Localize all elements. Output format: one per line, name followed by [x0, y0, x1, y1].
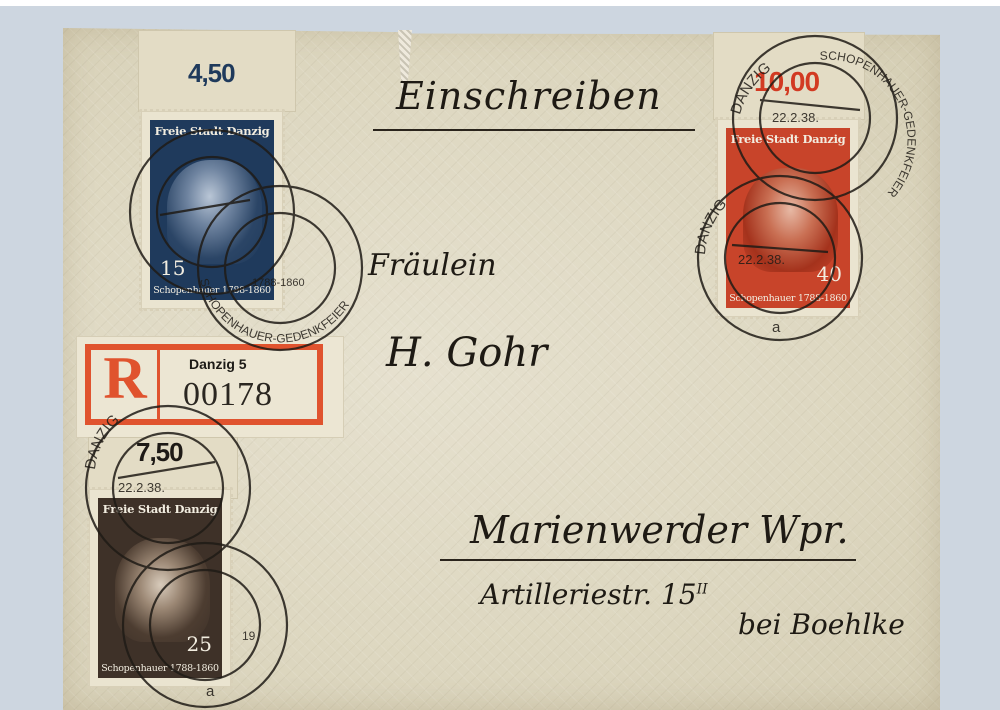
stamp-caption: Schopenhauer 1788-1860: [150, 285, 274, 296]
recipient-salutation: Fräulein: [368, 248, 497, 283]
street-text: Artilleriestr. 15: [480, 578, 697, 611]
recipient-city: Marienwerder Wpr.: [470, 508, 849, 552]
stamp-brown-25: Freie Stadt Danzig 25 Schopenhauer 1788-…: [90, 490, 230, 686]
stamp-denomination: 15: [160, 256, 185, 280]
portrait-image: [115, 538, 209, 642]
stamp-denomination: 25: [187, 632, 212, 656]
registration-note: Einschreiben: [396, 74, 662, 118]
stamp-caption: Schopenhauer 1788-1860: [726, 293, 850, 304]
registration-number: 00178: [183, 376, 273, 414]
stamp-caption: Schopenhauer 1788-1860: [98, 663, 222, 674]
recipient-name: H. Gohr: [386, 330, 547, 376]
stamp-country: Freie Stadt Danzig: [98, 502, 222, 516]
margin-value-blue: 4,50: [188, 58, 235, 89]
portrait-image: [743, 168, 837, 272]
recipient-street: Artilleriestr. 15II: [480, 578, 708, 611]
stamp-country: Freie Stadt Danzig: [150, 124, 274, 138]
margin-value-red: 10,00: [754, 66, 819, 98]
recipient-care-of: bei Boehlke: [738, 608, 905, 641]
portrait-image: [167, 160, 261, 264]
floor-superscript: II: [697, 582, 708, 598]
recipient-city-underline: [440, 559, 856, 561]
registration-office: Danzig 5: [189, 356, 247, 372]
registration-letter: R: [95, 344, 155, 413]
registration-note-underline: [373, 129, 695, 131]
stamp-country: Freie Stadt Danzig: [726, 132, 850, 146]
stamp-blue-15: Freie Stadt Danzig 15 Schopenhauer 1788-…: [142, 112, 282, 308]
stamp-red-40: Freie Stadt Danzig 40 Schopenhauer 1788-…: [718, 120, 858, 316]
stamp-denomination: 40: [817, 262, 842, 286]
margin-value-brown: 7,50: [136, 437, 183, 468]
registration-label: R Danzig 5 00178: [77, 337, 343, 437]
